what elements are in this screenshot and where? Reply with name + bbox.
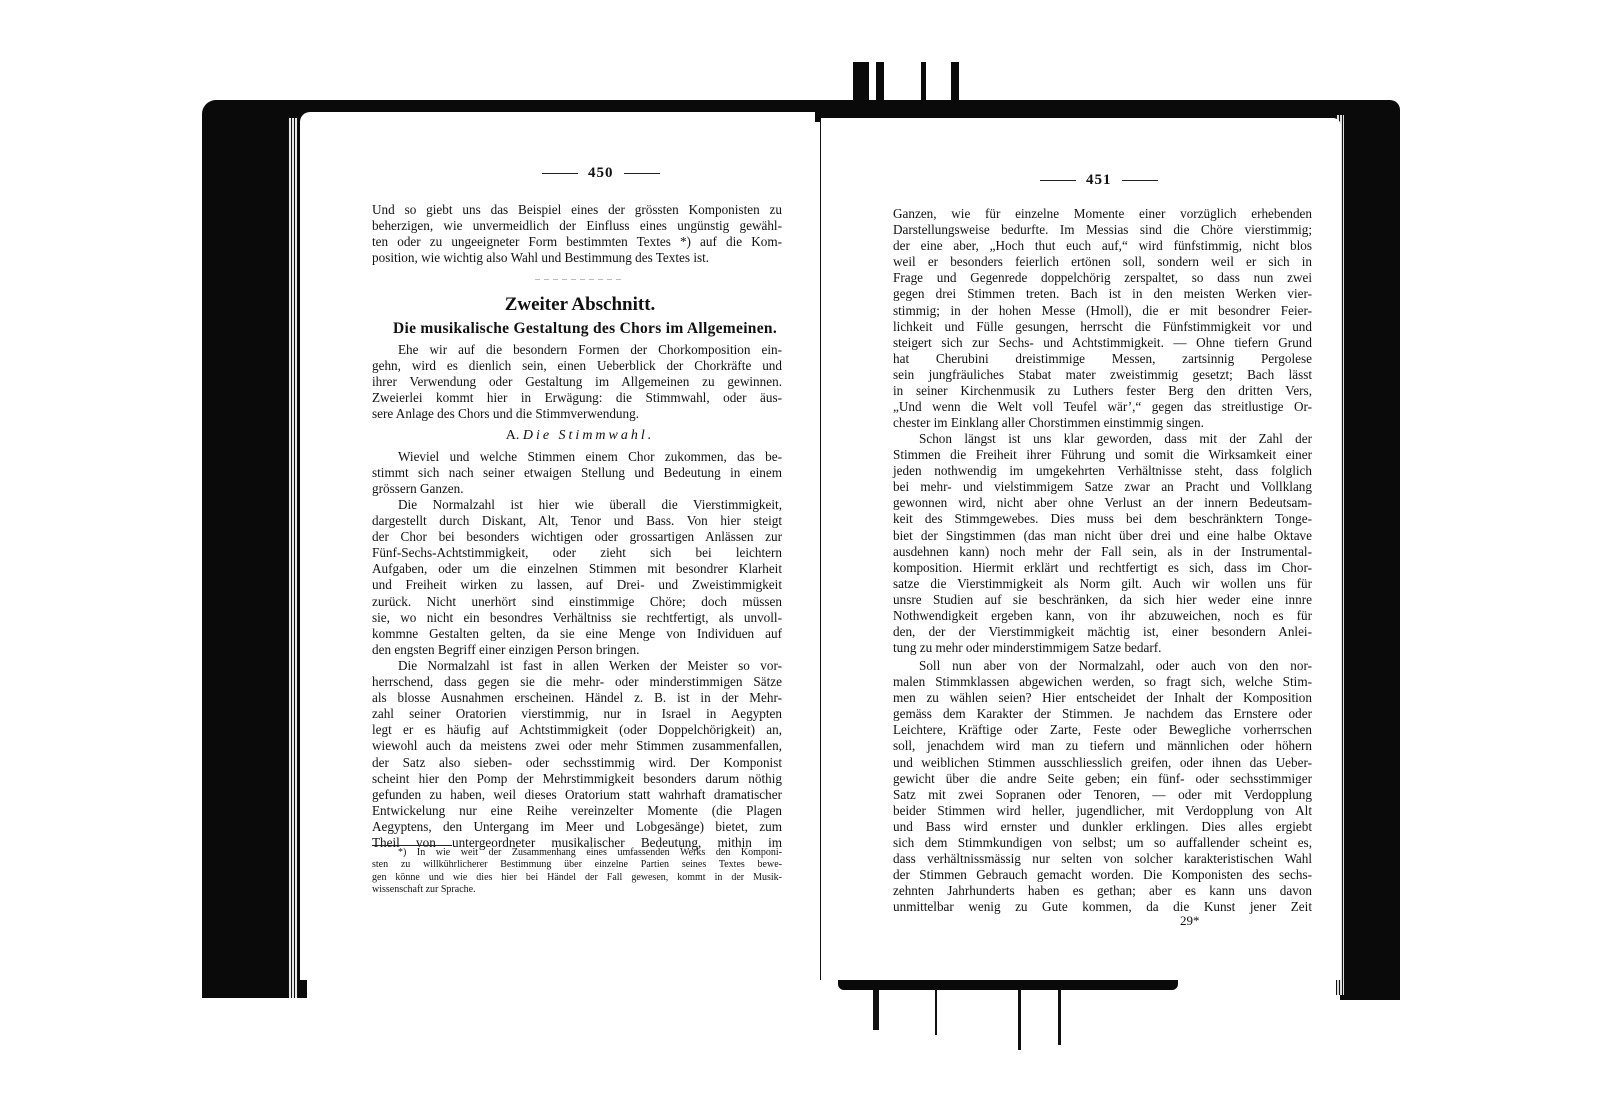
text-line: Nothwendigkeit ergeben kann, von ihr abz…	[893, 608, 1312, 624]
clamp-mark	[951, 62, 959, 104]
text-line: beherzigen, wie unvermeidlich der Einflu…	[372, 218, 782, 234]
text-line: und weiblichen Stimmen ausschliesslich g…	[893, 755, 1312, 771]
text-line: und Freiheit wirken zu lassen, auf Drei-…	[372, 577, 782, 593]
text-line: Und so giebt uns das Beispiel eines der …	[372, 202, 782, 218]
text-line: stimmig; in der hohen Messe (Hmoll), die…	[893, 303, 1312, 319]
text-line: gemäss dem Karakter der Stimmen. Je nach…	[893, 706, 1312, 722]
clamp-mark	[921, 62, 926, 104]
subsection-heading: A. Die Stimmwahl.	[360, 428, 800, 444]
intro-paragraph: Ehe wir auf die besondern Formen der Cho…	[372, 342, 782, 422]
text-line: gewonnen wird, nicht aber ohne Verlust a…	[893, 495, 1312, 511]
text-line: sere Anlage des Chors und die Stimmverwe…	[372, 406, 782, 422]
right-page-number: 451	[1030, 172, 1168, 189]
text-line: der Chor bei besonders wichtigen oder gr…	[372, 529, 782, 545]
text-line: Stimmen die Freiheit ihrer Führung und s…	[893, 447, 1312, 463]
text-line: ihrer Verwendung oder Gestaltung im Allg…	[372, 374, 782, 390]
text-line: keit des Stimmgewebes. Dies muss bei dem…	[893, 511, 1312, 527]
section-divider	[535, 279, 625, 280]
text-line: beider Stimmen wird heller, jugendlicher…	[893, 803, 1312, 819]
text-line: jeden nothwendig im umgekehrten Verhältn…	[893, 463, 1312, 479]
scan-artifact	[1058, 990, 1061, 1045]
text-line: bei mehr- und vielstimmigem Satze zwar a…	[893, 479, 1312, 495]
text-line: ten oder zu ungeeigneter Form bestimmten…	[372, 234, 782, 250]
left-opening-paragraph: Und so giebt uns das Beispiel eines der …	[372, 202, 782, 266]
subsection-title: Die Stimmwahl.	[523, 428, 654, 443]
text-line: malen Stimmklassen abgewichen werden, so…	[893, 674, 1312, 690]
text-line: sein jungfräuliches Stabat mater zweisti…	[893, 367, 1312, 383]
text-line: Entwickelung nur eine Reihe vereinzelter…	[372, 803, 782, 819]
text-line: gen könne und wie dies hier bei Händel d…	[372, 872, 782, 884]
text-line: Die Normalzahl ist hier wie überall die …	[372, 497, 782, 513]
text-line: herrschend, dass gegen sie die mehr- ode…	[372, 674, 782, 690]
text-line: Ehe wir auf die besondern Formen der Cho…	[372, 342, 782, 358]
text-line: Soll nun aber von der Normalzahl, oder a…	[893, 658, 1312, 674]
book-cover-right-edge	[1340, 100, 1400, 1000]
text-line: gehn, wird es dienlich sein, einen Ueber…	[372, 358, 782, 374]
text-line: den, der der Vierstimmigkeit mächtig ist…	[893, 624, 1312, 640]
text-line: unsre Studien auf sie beschränken, da si…	[893, 592, 1312, 608]
text-line: unmittelbar wenig zu Gute kommen, da die…	[893, 899, 1312, 915]
right-paragraph-1: Ganzen, wie für einzelne Momente einer v…	[893, 206, 1312, 431]
text-line: kommne Gestalten gelten, da sie eine Men…	[372, 626, 782, 642]
dash	[624, 173, 660, 174]
text-line: Frage und Gegenrede doppelchörig zerspal…	[893, 270, 1312, 286]
text-line: dargestellt durch Diskant, Alt, Tenor un…	[372, 513, 782, 529]
text-line: men zu wählen seien? Hier entscheidet de…	[893, 690, 1312, 706]
text-line: gefunden zu haben, weil dieses Oratorium…	[372, 787, 782, 803]
clamp-mark	[853, 62, 869, 104]
text-line: Schon längst ist uns klar geworden, dass…	[893, 431, 1312, 447]
text-line: der eine aber, „Hoch thut euch auf,“ wir…	[893, 238, 1312, 254]
left-paragraph-3: Die Normalzahl ist fast in allen Werken …	[372, 658, 782, 851]
text-line: Aufgaben, oder um die einzelnen Stimmen …	[372, 561, 782, 577]
subsection-letter: A.	[506, 428, 520, 443]
text-line: gegen drei Stimmen treten. Bach ist in d…	[893, 286, 1312, 302]
text-line: als blosse Ausnahmen erscheinen. Händel …	[372, 690, 782, 706]
right-paragraph-2: Schon längst ist uns klar geworden, dass…	[893, 431, 1312, 656]
scanned-book-spread: 450 Und so giebt uns das Beispiel eines …	[0, 0, 1600, 1098]
text-line: gewicht über die andre Seite geben; ein …	[893, 771, 1312, 787]
text-line: sten zu willkührlicherer Bestimmung über…	[372, 859, 782, 871]
text-line: Leichtere, Kräftige oder Zarte, Feste od…	[893, 722, 1312, 738]
clamp-mark	[876, 62, 884, 104]
dash	[1122, 180, 1158, 181]
text-line: den engsten Begriff einer einzigen Perso…	[372, 642, 782, 658]
text-line: in seiner Kirchenmusik zu Luthers fester…	[893, 383, 1312, 399]
text-line: biet der Singstimmen (das man nicht über…	[893, 528, 1312, 544]
text-line: Fünf-Sechs-Achtstimmigkeit, oder zieht s…	[372, 545, 782, 561]
text-line: der Satz also sieben- oder sechsstimmig …	[372, 755, 782, 771]
right-paragraph-3: Soll nun aber von der Normalzahl, oder a…	[893, 658, 1312, 916]
text-line: wissenschaft zur Sprache.	[372, 884, 782, 896]
text-line: satze die Vierstimmigkeit als Norm gilt.…	[893, 576, 1312, 592]
text-line: grössern Ganzen.	[372, 481, 782, 497]
left-paragraph-1: Wieviel und welche Stimmen einem Chor zu…	[372, 449, 782, 497]
text-line: Ganzen, wie für einzelne Momente einer v…	[893, 206, 1312, 222]
section-heading: Zweiter Abschnitt.	[360, 294, 800, 316]
dash	[542, 173, 578, 174]
text-line: *) In wie weit der Zusammenhang eines um…	[372, 847, 782, 859]
dash	[1040, 180, 1076, 181]
text-line: Aegyptens, den Untergang im Meer und Lob…	[372, 819, 782, 835]
text-line: zahl seiner Oratorien vierstimmig, nur i…	[372, 706, 782, 722]
text-line: Zweierlei kommt hier in Erwägung: die St…	[372, 390, 782, 406]
text-line: stimmt sich nach seiner etwaigen Stellun…	[372, 465, 782, 481]
text-line: steigert sich zur Sechs- und Achtstimmig…	[893, 335, 1312, 351]
page-number-text: 451	[1086, 172, 1112, 188]
text-line: Wieviel und welche Stimmen einem Chor zu…	[372, 449, 782, 465]
text-line: Die Normalzahl ist fast in allen Werken …	[372, 658, 782, 674]
scan-artifact	[935, 990, 937, 1035]
footnote-rule	[372, 845, 452, 846]
text-line: sie, wo nicht ein besondres Verhältniss …	[372, 610, 782, 626]
text-line: soll, jenachdem wird man zu tiefern und …	[893, 738, 1312, 754]
footnote: *) In wie weit der Zusammenhang eines um…	[372, 847, 782, 896]
text-line: zehnten Jahrhunderts haben es gethan; ab…	[893, 883, 1312, 899]
left-paragraph-2: Die Normalzahl ist hier wie überall die …	[372, 497, 782, 658]
text-line: sich dem Stimmkundigen von selbst; um so…	[893, 835, 1312, 851]
text-line: Satz mit zwei Sopranen oder Tenoren, — o…	[893, 787, 1312, 803]
text-line: Darstellungsweise bedurfte. Im Messias s…	[893, 222, 1312, 238]
text-line: zurück. Nicht unerhört sind einstimmige …	[372, 594, 782, 610]
page-stack-left	[288, 118, 298, 998]
signature-mark: 29*	[1180, 913, 1200, 929]
page-number-text: 450	[588, 165, 614, 181]
text-line: lichkeit und Fülle gesungen, herrscht di…	[893, 319, 1312, 335]
text-line: komposition. Hiermit erklärt und rechtfe…	[893, 560, 1312, 576]
left-page-number: 450	[532, 165, 670, 182]
text-line: position, wie wichtig also Wahl und Best…	[372, 250, 782, 266]
scan-artifact	[1018, 990, 1021, 1050]
text-line: weil er besonders feierlich ertönen soll…	[893, 254, 1312, 270]
scan-artifact	[873, 990, 879, 1030]
text-line: hat Cherubini dreistimmige Messen, zarts…	[893, 351, 1312, 367]
text-line: „Und wenn die Welt voll Teufel wär’,“ ge…	[893, 399, 1312, 415]
text-line: legt er es häufig auf Achtstimmigkeit (o…	[372, 722, 782, 738]
text-line: ausdehnen kann) noch mehr der Fall sein,…	[893, 544, 1312, 560]
text-line: der Stimmen Gebrauch gemacht worden. Die…	[893, 867, 1312, 883]
text-line: und Bass wird ernster und dunkler erklin…	[893, 819, 1312, 835]
section-subheading: Die musikalische Gestaltung des Chors im…	[370, 320, 800, 338]
text-line: chester im Einklang aller Chorstimmen ei…	[893, 415, 1312, 431]
text-line: tung zu mehr oder minderstimmigem Satze …	[893, 640, 1312, 656]
text-line: dass verhältnissmässig nur selten von so…	[893, 851, 1312, 867]
text-line: wiewohl auch da meistens zwei oder mehr …	[372, 738, 782, 754]
text-line: scheint hier den Pomp der Mehrstimmigkei…	[372, 771, 782, 787]
